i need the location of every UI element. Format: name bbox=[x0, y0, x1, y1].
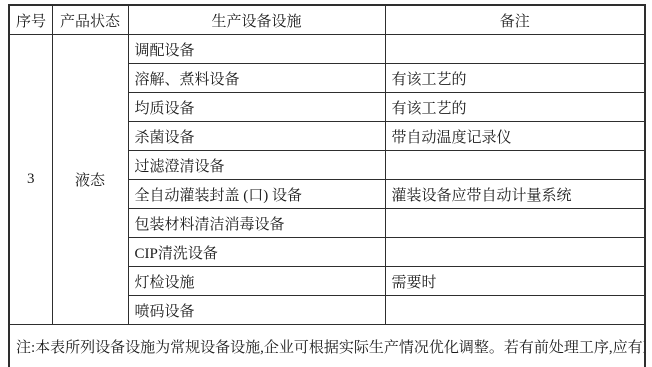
remark-cell bbox=[385, 238, 645, 267]
col-header-serial: 序号 bbox=[9, 5, 52, 35]
header-row: 序号 产品状态 生产设备设施 备注 bbox=[9, 5, 645, 35]
remark-cell: 带自动温度记录仪 bbox=[385, 122, 645, 151]
note-row: 注:本表所列设备设施为常规设备设施,企业可根据实际生产情况优化调整。若有前处理工… bbox=[9, 325, 645, 367]
equipment-cell: 包装材料清洁消毒设备 bbox=[128, 209, 385, 238]
equipment-cell: CIP清洗设备 bbox=[128, 238, 385, 267]
remark-cell bbox=[385, 296, 645, 325]
remark-cell: 有该工艺的 bbox=[385, 64, 645, 93]
remark-cell: 灌装设备应带自动计量系统 bbox=[385, 180, 645, 209]
equipment-cell: 过滤澄清设备 bbox=[128, 151, 385, 180]
table-note: 注:本表所列设备设施为常规设备设施,企业可根据实际生产情况优化调整。若有前处理工… bbox=[9, 325, 645, 367]
remark-cell: 需要时 bbox=[385, 267, 645, 296]
equipment-cell: 均质设备 bbox=[128, 93, 385, 122]
col-header-product-state: 产品状态 bbox=[52, 5, 128, 35]
equipment-cell: 杀菌设备 bbox=[128, 122, 385, 151]
document-page: 序号 产品状态 生产设备设施 备注 3 液态 调配设备 溶解、煮料设备 有该工艺… bbox=[0, 0, 652, 367]
equipment-table: 序号 产品状态 生产设备设施 备注 3 液态 调配设备 溶解、煮料设备 有该工艺… bbox=[8, 4, 646, 367]
equipment-cell: 灯检设施 bbox=[128, 267, 385, 296]
remark-cell bbox=[385, 35, 645, 64]
serial-number-cell: 3 bbox=[9, 35, 52, 325]
table-row: 3 液态 调配设备 bbox=[9, 35, 645, 64]
remark-cell bbox=[385, 209, 645, 238]
equipment-cell: 全自动灌装封盖 (口) 设备 bbox=[128, 180, 385, 209]
equipment-cell: 喷码设备 bbox=[128, 296, 385, 325]
equipment-cell: 调配设备 bbox=[128, 35, 385, 64]
product-state-cell: 液态 bbox=[52, 35, 128, 325]
remark-cell: 有该工艺的 bbox=[385, 93, 645, 122]
col-header-equipment: 生产设备设施 bbox=[128, 5, 385, 35]
remark-cell bbox=[385, 151, 645, 180]
equipment-cell: 溶解、煮料设备 bbox=[128, 64, 385, 93]
col-header-remark: 备注 bbox=[385, 5, 645, 35]
